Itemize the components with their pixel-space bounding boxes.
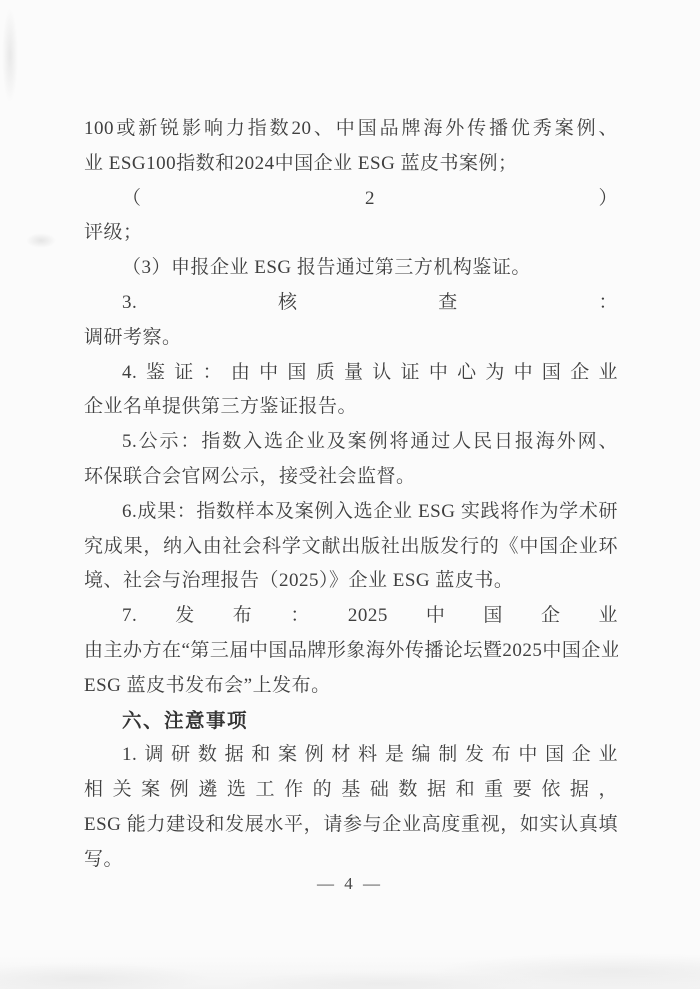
text-line: ESG 能力建设和发展水平，请参与企业高度重视，如实认真填 — [84, 808, 618, 843]
page-number: — 4 — — [0, 874, 700, 894]
text-line: 境、社会与治理报告（2025）》企业 ESG 蓝皮书。 — [84, 564, 618, 599]
text-line: （2）申报企业获得2024年度国际国内知名评级机构中上等 — [84, 182, 618, 217]
text-line: 调研考察。 — [84, 321, 618, 356]
text-line: 4.鉴证：由中国质量认证中心为中国企业 ESG100指数入选 — [84, 356, 618, 391]
text-line: 5.公示：指数入选企业及案例将通过人民日报海外网、中华 — [84, 425, 618, 460]
text-line: ESG 蓝皮书发布会”上发布。 — [84, 669, 618, 704]
text-line: 7.发布：2025中国企业 ESG100指数及相关案例入选名单， — [84, 599, 618, 634]
text-line: 6.成果：指数样本及案例入选企业 ESG 实践将作为学术研 — [84, 495, 618, 530]
text-line: （3）申报企业 ESG 报告通过第三方机构鉴证。 — [84, 251, 618, 286]
scan-smudge — [26, 233, 56, 248]
document-page: 100或新锐影响力指数20、中国品牌海外传播优秀案例、中国企 业 ESG100指… — [0, 0, 700, 989]
text-line: 环保联合会官网公示，接受社会监督。 — [84, 460, 618, 495]
text-line: 企业名单提供第三方鉴证报告。 — [84, 390, 618, 425]
text-line: 评级； — [84, 216, 618, 251]
scan-smudge — [2, 8, 18, 103]
text-line: 写。 — [84, 843, 618, 878]
text-line: 相关案例遴选工作的基础数据和重要依据，事关企业品牌形象及 — [84, 773, 618, 808]
text-line: 1.调研数据和案例材料是编制发布中国企业 ESG100指数及 — [84, 738, 618, 773]
text-line: 100或新锐影响力指数20、中国品牌海外传播优秀案例、中国企 — [84, 112, 618, 147]
document-body: 100或新锐影响力指数20、中国品牌海外传播优秀案例、中国企 业 ESG100指… — [84, 112, 618, 878]
scan-noise-band — [0, 917, 700, 989]
text-line: 究成果，纳入由社会科学文献出版社出版发行的《中国企业环 — [84, 530, 618, 565]
text-line: 由主办方在“第三届中国品牌形象海外传播论坛暨2025中国企业 — [84, 634, 618, 669]
text-line: 3.核查：主办方将对部分指数样本及案例候选企业进行实地 — [84, 286, 618, 321]
text-line: 业 ESG100指数和2024中国企业 ESG 蓝皮书案例； — [84, 147, 618, 182]
section-heading: 六、注意事项 — [84, 704, 618, 739]
